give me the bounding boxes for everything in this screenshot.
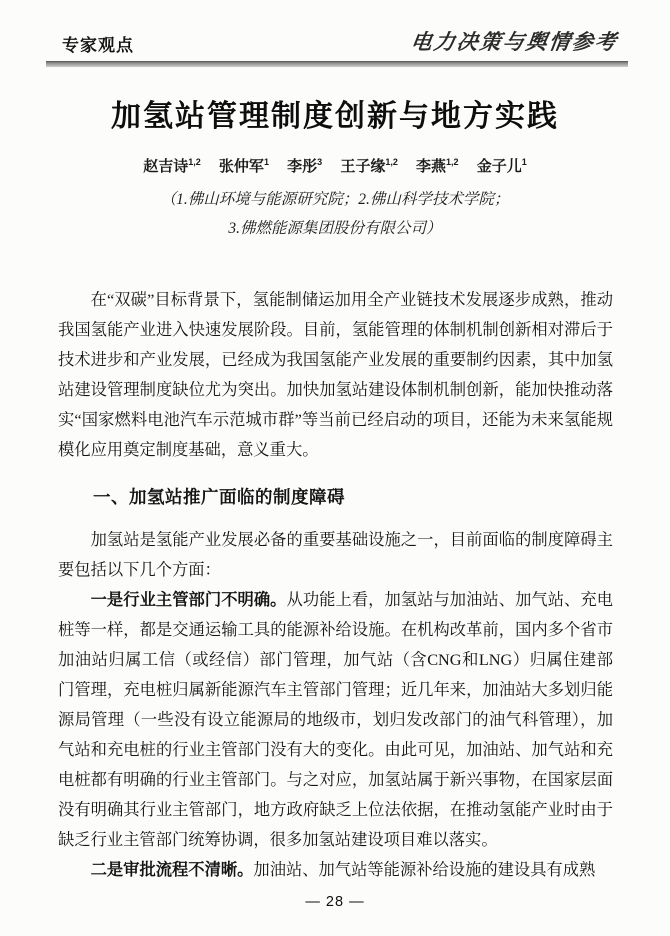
- author-name: 李燕: [416, 158, 446, 175]
- section-paragraph: 二是审批流程不清晰。加油站、加气站等能源补给设施的建设具有成熟: [58, 855, 613, 885]
- section-paragraph: 一是行业主管部门不明确。从功能上看，加氢站与加油站、加气站、充电桩等一样，都是交…: [58, 585, 613, 855]
- author-affil-sup: 3: [317, 157, 322, 167]
- section-heading-1: 一、加氢站推广面临的制度障碍: [58, 482, 613, 512]
- author-affil-sup: 1,2: [446, 157, 459, 167]
- author-name: 金子儿: [477, 158, 522, 175]
- author: 李燕1,2: [416, 158, 459, 175]
- affiliation-line-1: （1.佛山环境与能源研究院；2.佛山科学技术学院；: [0, 185, 670, 214]
- paragraph-lead-bold: 二是审批流程不清晰。: [91, 861, 254, 879]
- article-body: 在“双碳”目标背景下，氢能制储运加用全产业链技术发展逐步成熟，推动我国氢能产业进…: [58, 285, 613, 885]
- author-name: 张仲军: [219, 158, 264, 175]
- section-paragraph: 加氢站是氢能产业发展必备的重要基础设施之一，目前面临的制度障碍主要包括以下几个方…: [58, 525, 613, 585]
- author-name: 李彤: [287, 158, 317, 175]
- author-affil-sup: 1: [522, 157, 527, 167]
- author: 赵吉诗1,2: [143, 158, 201, 175]
- intro-paragraph: 在“双碳”目标背景下，氢能制储运加用全产业链技术发展逐步成熟，推动我国氢能产业进…: [58, 285, 613, 465]
- paragraph-text: 从功能上看，加氢站与加油站、加气站、充电桩等一样，都是交通运输工具的能源补给设施…: [58, 590, 613, 849]
- affiliations: （1.佛山环境与能源研究院；2.佛山科学技术学院； 3.佛燃能源集团股份有限公司…: [0, 185, 670, 243]
- header-rule: [46, 61, 628, 67]
- paragraph-lead-bold: 一是行业主管部门不明确。: [91, 591, 287, 609]
- article-title: 加氢站管理制度创新与地方实践: [0, 91, 670, 135]
- author-name: 王子缘: [340, 158, 385, 175]
- author-line: 赵吉诗1,2 张仲军1 李彤3 王子缘1,2 李燕1,2 金子儿1: [0, 155, 670, 176]
- author: 金子儿1: [477, 158, 527, 175]
- affiliation-line-2: 3.佛燃能源集团股份有限公司）: [0, 214, 670, 243]
- author: 李彤3: [287, 158, 322, 175]
- page-header: 专家观点 电力决策与舆情参考: [0, 0, 670, 56]
- journal-title-calligraphy: 电力决策与舆情参考: [409, 26, 632, 56]
- author: 王子缘1,2: [340, 158, 398, 175]
- author-affil-sup: 1,2: [188, 157, 201, 167]
- paragraph-text: 加油站、加气站等能源补给设施的建设具有成熟: [253, 860, 595, 879]
- author-affil-sup: 1: [264, 157, 269, 167]
- author: 张仲军1: [219, 158, 269, 175]
- author-name: 赵吉诗: [143, 158, 188, 175]
- page-number: — 28 —: [0, 894, 670, 910]
- document-page: 专家观点 电力决策与舆情参考 加氢站管理制度创新与地方实践 赵吉诗1,2 张仲军…: [0, 0, 670, 936]
- column-label: 专家观点: [62, 31, 134, 56]
- author-affil-sup: 1,2: [385, 157, 398, 167]
